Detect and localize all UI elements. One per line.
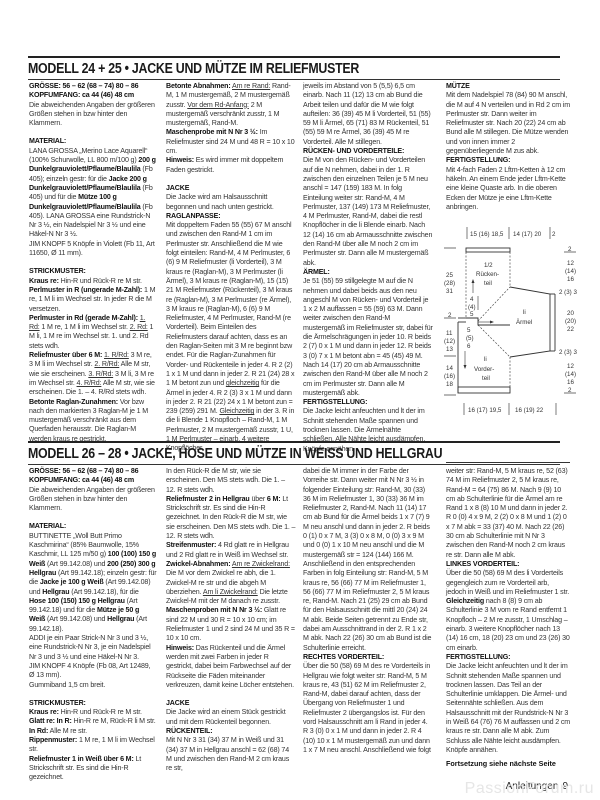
dim-top-right: 14 (17) 20 [513, 231, 542, 238]
s2-column-3: dabei die M immer in der Farbe der Vorre… [303, 467, 433, 755]
continued-text: jeweils im Abstand von 5 (5,5) 6,5 cm ei… [303, 82, 433, 147]
s1-column-1: GRÖSSE: 56 – 62 (68 – 74) 80 – 86 KOPFUM… [29, 82, 157, 444]
buttons-note: JIM KNOPF 4 Knöpfe (Fb 08, Art 12489, Ø … [29, 662, 157, 681]
sleeve-heading: ÄRMEL: [303, 268, 433, 277]
hint-note: Hinweis: Das Rückenteil und die Ärmel we… [166, 644, 296, 690]
svg-text:teil: teil [482, 375, 490, 382]
back-heading: RÜCKENTEIL: [166, 727, 296, 736]
svg-text:18: 18 [446, 381, 453, 388]
s2-column-2: In den Rück-R die M str, wie sie erschei… [166, 467, 296, 774]
dim-top-left: 15 (16) 18,5 [470, 231, 504, 238]
svg-text:13: 13 [446, 346, 453, 353]
pattern-relief-1: Reliefmuster 1 in Weiß über 6 M: Lt Stri… [29, 755, 157, 783]
svg-text:11: 11 [446, 330, 453, 337]
dim-bottom-left: 16 (17) 19,5 [468, 407, 502, 414]
svg-text:2: 2 [448, 312, 452, 319]
right-front-text: Über die 50 (58) 69 M des re Vorderteils… [303, 662, 433, 755]
svg-text:2 (3) 3: 2 (3) 3 [559, 349, 577, 356]
hat-text: Mit dem Nadelspiel 78 (84) 90 M anschl, … [446, 91, 570, 156]
svg-text:16: 16 [567, 276, 574, 283]
continued-text: dabei die M immer in der Farbe der Vorre… [303, 467, 433, 653]
s2-column-4: weiter str: Rand-M, 5 M kraus re, 52 (63… [446, 467, 570, 755]
size-line: GRÖSSE: 56 – 62 (68 – 74) 80 – 86 [29, 82, 157, 91]
finishing-heading: FERTIGSTELLUNG: [446, 653, 570, 662]
s1-column-4: MÜTZE Mit dem Nadelspiel 78 (84) 90 M an… [446, 82, 570, 212]
material-text: BUTTINETTE „Woll Butt Primo Kaschmirina“… [29, 532, 157, 634]
svg-text:20: 20 [567, 310, 574, 317]
svg-text:(5): (5) [466, 335, 474, 342]
pattern-relief: Reliefmuster über 6 M: 1. R/Rd: 3 M re, … [29, 351, 157, 397]
jacket-text: Die Jacke wird am Halsausschnitt begonne… [166, 193, 296, 212]
pattern-relief-2: Reliefmuster 2 in Hellgrau über 6 M: Lt … [166, 495, 296, 541]
section-title: MODELL 24 + 25 • JACKE UND MÜTZE IM RELI… [28, 61, 486, 77]
continued-text: weiter str: Rand-M, 5 M kraus re, 52 (63… [446, 467, 570, 560]
pattern-perl-rd: Perlmuster in Rd (gerade M-Zahl): 1. Rd:… [29, 314, 157, 351]
svg-text:Rücken-: Rücken- [476, 271, 499, 278]
svg-text:31: 31 [446, 288, 453, 295]
svg-text:li: li [484, 356, 487, 363]
gauge-note: Maschenproben mit N Nr 3 ½: Glatt re sin… [166, 606, 296, 643]
left-front-heading: LINKES VORDERTEIL: [446, 560, 570, 569]
svg-text:12: 12 [567, 260, 574, 267]
size-note: Die abweichenden Angaben der größeren Gr… [29, 486, 157, 514]
pattern-perl-r: Perlmuster in R (ungerade M-Zahl): 1 M r… [29, 286, 157, 314]
section-title: MODELL 26 – 28 • JACKE, HOSE UND MÜTZE I… [28, 446, 486, 462]
decrease-note: Betonte Abnahmen: Am re Rand: Rand-M, 1 … [166, 82, 296, 128]
head-circumference: KOPFUMFANG: ca 44 (46) 48 cm [29, 91, 157, 100]
watermark: PassionForum.ru [465, 780, 594, 798]
gusset-decrease: Zwickel-Abnahmen: Am re Zwickelrand: Die… [166, 560, 296, 606]
back-text: Mit N Nr 3 31 (34) 37 M in Weiß und 31 (… [166, 736, 296, 773]
pattern-kraus: Kraus re: Hin-R und Rück-R re M str. [29, 277, 157, 286]
stitch-pattern-heading: STRICKMUSTER: [29, 267, 157, 276]
svg-text:(16): (16) [444, 373, 455, 380]
material-heading: MATERIAL: [29, 137, 157, 146]
jacket-heading: JACKE [166, 184, 296, 193]
elastic-note: Gummiband 1,5 cm breit. [29, 681, 157, 690]
svg-text:(14): (14) [565, 268, 576, 275]
hat-finishing-heading: FERTIGSTELLUNG: [446, 156, 570, 165]
svg-text:teil: teil [484, 280, 492, 287]
svg-text:5: 5 [467, 327, 471, 334]
continued-text: In den Rück-R die M str, wie sie erschei… [166, 467, 296, 495]
size-note: Die abweichenden Angaben der größeren Gr… [29, 101, 157, 129]
s2-column-1: GRÖSSE: 56 – 62 (68 – 74) 80 – 86 KOPFUM… [29, 467, 157, 783]
svg-text:4: 4 [470, 296, 474, 303]
material-text: LANA GROSSA „Merino Lace Aquarell“ (100%… [29, 147, 157, 240]
svg-text:12: 12 [567, 363, 574, 370]
jacket-heading: JACKE [166, 699, 296, 708]
buttons-note: JIM KNOPF 5 Knöpfe in Violett (Fb 11, Ar… [29, 240, 157, 259]
svg-text:(12): (12) [444, 338, 455, 345]
section-header-modell-24-25: MODELL 24 + 25 • JACKE UND MÜTZE IM RELI… [28, 56, 560, 80]
svg-text:(14): (14) [565, 371, 576, 378]
svg-text:Ärmel: Ärmel [516, 319, 532, 326]
svg-text:li: li [523, 309, 526, 316]
svg-text:22: 22 [567, 326, 574, 333]
finishing-text: Die Jacke leicht anfeuchten und lt der i… [446, 662, 570, 755]
svg-text:2: 2 [568, 387, 572, 394]
svg-text:2: 2 [568, 246, 572, 253]
svg-text:25: 25 [446, 272, 453, 279]
dim-bottom-right: 16 (19) 22 [515, 407, 544, 414]
sleeve-text: Je 51 (55) 59 stillgelegte M auf die N n… [303, 277, 433, 398]
jacket-schematic-diagram: 15 (16) 18,5 14 (17) 20 2 1/2 Rücken- te… [432, 215, 600, 415]
svg-text:6: 6 [467, 343, 471, 350]
needles-note: ADDI je ein Paar Strick-N Nr 3 und 3 ½, … [29, 634, 157, 662]
continued-next-page-note: Fortsetzung siehe nächste Seite [446, 759, 556, 768]
left-front-text: Über die 50 (58) 69 M des li Vorderteils… [446, 569, 570, 653]
back-front-heading: RÜCKEN- UND VORDERTEILE: [303, 147, 433, 156]
right-front-heading: RECHTES VORDERTEIL: [303, 653, 433, 662]
s1-column-3: jeweils im Abstand von 5 (5,5) 6,5 cm ei… [303, 82, 433, 454]
svg-text:14: 14 [446, 365, 453, 372]
hint-note: Hinweis: Es wird immer mit doppeltem Fad… [166, 156, 296, 175]
pattern-rib: Rippenmuster: 1 M re, 1 M li im Wechsel … [29, 736, 157, 755]
svg-text:(4): (4) [468, 304, 476, 311]
size-line: GRÖSSE: 56 – 62 (68 – 74) 80 – 86 [29, 467, 157, 476]
gauge-note: Maschenprobe mit N Nr 3 ½: Im Reliefmust… [166, 128, 296, 156]
jacket-text: Die Jacke wird an einem Stück gestrickt … [166, 708, 296, 727]
pattern-glatt: Glatt re: In R: Hin-R re M, Rück-R li M … [29, 717, 157, 736]
hat-finishing-text: Mit 4-fach Faden 2 Lftm-Ketten à 12 cm h… [446, 166, 570, 212]
dim-top-small: 2 [552, 231, 556, 238]
pattern-stripes: Streifenmuster: 4 Rd glatt re in Hellgra… [166, 541, 296, 560]
column-divider [446, 462, 570, 463]
pattern-raglan-increase: Betonte Raglan-Zunahmen: Vor bzw nach de… [29, 398, 157, 444]
s1-column-2: Betonte Abnahmen: Am re Rand: Rand-M, 1 … [166, 82, 296, 454]
pattern-kraus: Kraus re: Hin-R und Rück-R re M str. [29, 708, 157, 717]
svg-text:Vorder-: Vorder- [474, 366, 494, 373]
stitch-pattern-heading: STRICKMUSTER: [29, 699, 157, 708]
svg-text:5: 5 [470, 311, 474, 318]
svg-text:(28): (28) [444, 280, 455, 287]
back-front-text: Die M von den Rücken- und Vorderteilen a… [303, 156, 433, 268]
svg-text:1/2: 1/2 [484, 262, 493, 269]
head-circumference: KOPFUMFANG: ca 44 (46) 48 cm [29, 476, 157, 485]
svg-text:2 (3) 3: 2 (3) 3 [559, 289, 577, 296]
svg-text:(20): (20) [565, 318, 576, 325]
raglan-yoke-text: Mit doppeltem Faden 55 (55) 67 M anschl … [166, 221, 296, 453]
material-heading: MATERIAL: [29, 522, 157, 531]
finishing-heading: FERTIGSTELLUNG: [303, 398, 433, 407]
svg-text:16: 16 [567, 379, 574, 386]
raglan-yoke-heading: RAGLANPASSE: [166, 212, 296, 221]
hat-heading: MÜTZE [446, 82, 570, 91]
